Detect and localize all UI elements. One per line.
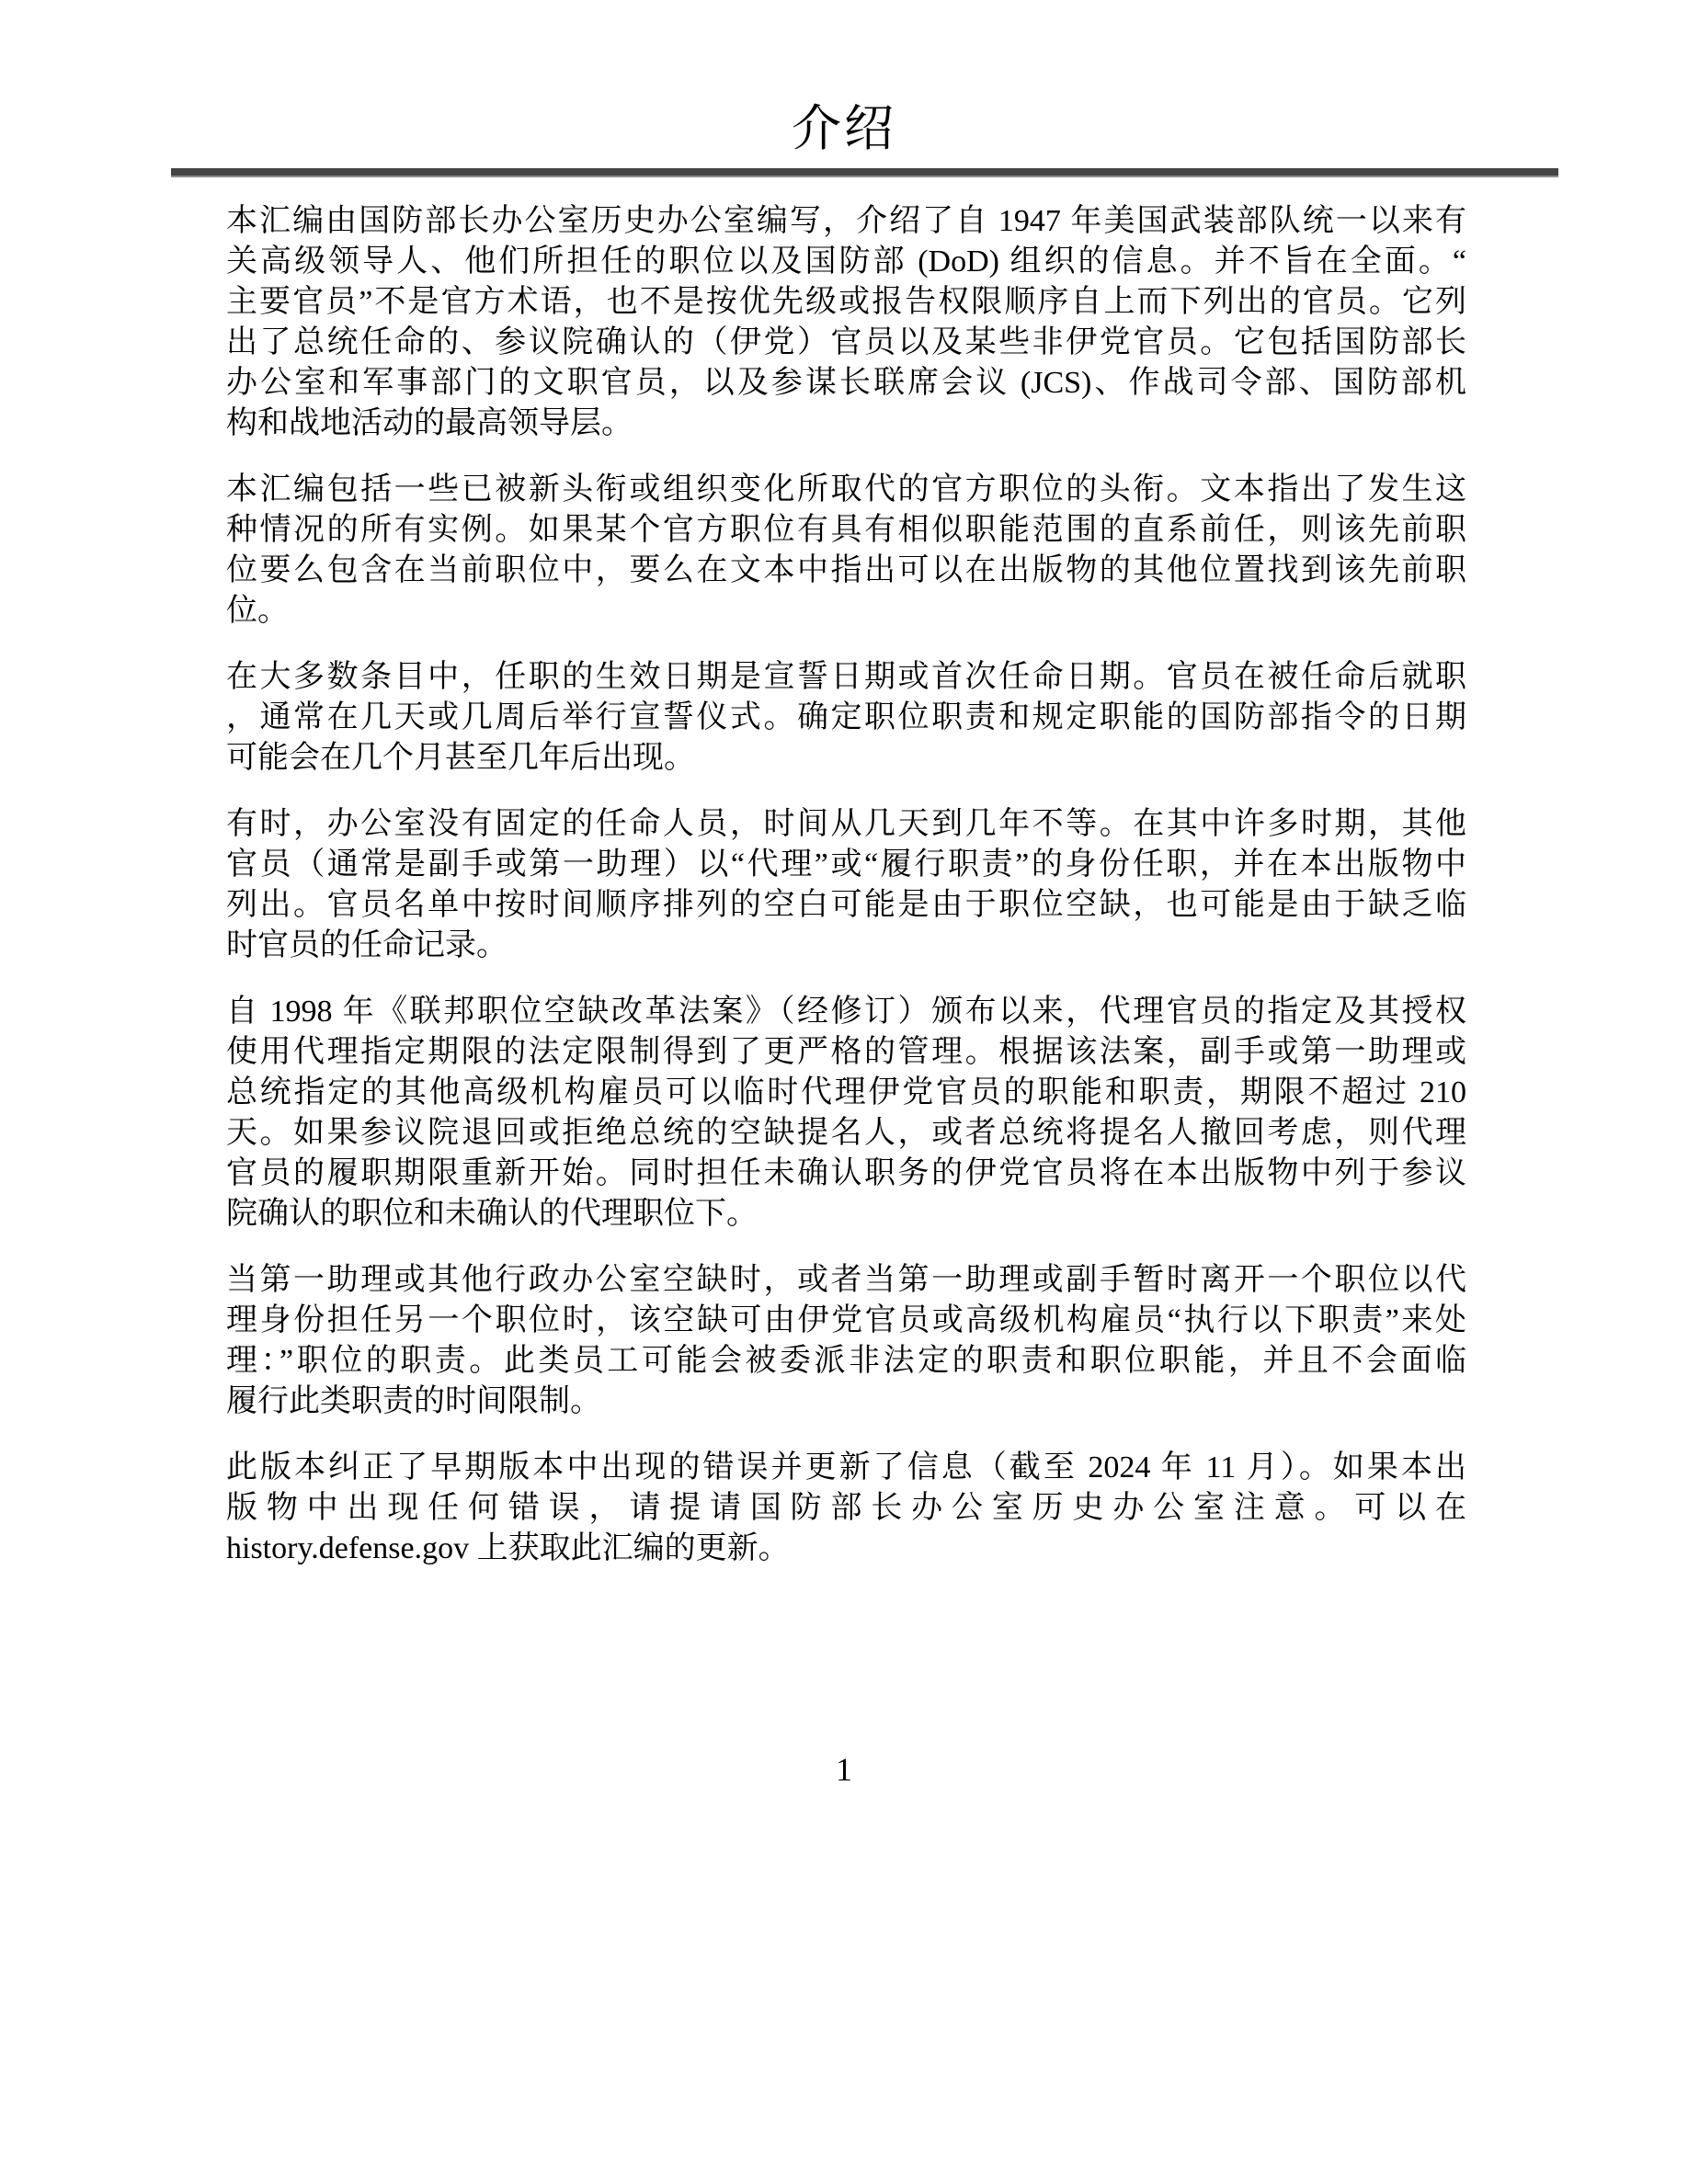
paragraph: 在大多数条目中，任职的生效日期是宣誓日期或首次任命日期。官员在被任命后就职，通常… — [226, 657, 1466, 779]
paragraph-line: 构和战地活动的最高领导层。 — [226, 404, 1466, 444]
paragraph: 本汇编由国防部长办公室历史办公室编写，介绍了自 1947 年美国武装部队统一以来… — [226, 201, 1466, 444]
paragraph-line: 办公室和军事部门的文职官员，以及参谋长联席会议 (JCS)、作战司令部、国防部机 — [226, 363, 1466, 404]
paragraph-line: 列出。官员名单中按时间顺序排列的空白可能是由于职位空缺，也可能是由于缺乏临 — [226, 885, 1466, 926]
paragraph: 自 1998 年《联邦职位空缺改革法案》（经修订）颁布以来，代理官员的指定及其授… — [226, 992, 1466, 1234]
document-page: 介绍 本汇编由国防部长办公室历史办公室编写，介绍了自 1947 年美国武装部队统… — [0, 0, 1688, 2184]
paragraph-line: 履行此类职责的时间限制。 — [226, 1382, 1466, 1422]
paragraph: 有时，办公室没有固定的任命人员，时间从几天到几年不等。在其中许多时期，其他官员（… — [226, 804, 1466, 966]
paragraph-line: 在大多数条目中，任职的生效日期是宣誓日期或首次任命日期。官员在被任命后就职 — [226, 657, 1466, 698]
paragraph-line: 理身份担任另一个职位时，该空缺可由伊党官员或高级机构雇员“执行以下职责”来处 — [226, 1301, 1466, 1341]
paragraph-line: 本汇编包括一些已被新头衔或组织变化所取代的官方职位的头衔。文本指出了发生这 — [226, 470, 1466, 510]
title-divider — [171, 168, 1558, 177]
paragraph-line: 出了总统任命的、参议院确认的（伊党）官员以及某些非伊党官员。它包括国防部长 — [226, 323, 1466, 363]
paragraph-line: 可能会在几个月甚至几年后出现。 — [226, 738, 1466, 779]
paragraph: 当第一助理或其他行政办公室空缺时，或者当第一助理或副手暂时离开一个职位以代理身份… — [226, 1260, 1466, 1422]
paragraph-line: 本汇编由国防部长办公室历史办公室编写，介绍了自 1947 年美国武装部队统一以来… — [226, 201, 1466, 242]
paragraph-line: 官员的履职期限重新开始。同时担任未确认职务的伊党官员将在本出版物中列于参议 — [226, 1154, 1466, 1194]
document-body: 本汇编由国防部长办公室历史办公室编写，介绍了自 1947 年美国武装部队统一以来… — [226, 201, 1466, 1595]
paragraph-line: 种情况的所有实例。如果某个官方职位有具有相似职能范围的直系前任，则该先前职 — [226, 510, 1466, 551]
paragraph-line: 自 1998 年《联邦职位空缺改革法案》（经修订）颁布以来，代理官员的指定及其授… — [226, 992, 1466, 1032]
paragraph-line: 主要官员”不是官方术语，也不是按优先级或报告权限顺序自上而下列出的官员。它列 — [226, 282, 1466, 323]
paragraph: 此版本纠正了早期版本中出现的错误并更新了信息（截至 2024 年 11 月）。如… — [226, 1448, 1466, 1569]
paragraph-line: 时官员的任命记录。 — [226, 926, 1466, 966]
paragraph-line: 院确认的职位和未确认的代理职位下。 — [226, 1194, 1466, 1234]
page-number: 1 — [0, 1749, 1688, 1790]
page-title: 介绍 — [0, 101, 1688, 156]
paragraph-line: 理：”职位的职责。此类员工可能会被委派非法定的职责和职位职能，并且不会面临 — [226, 1341, 1466, 1382]
paragraph-line: 位要么包含在当前职位中，要么在文本中指出可以在出版物的其他位置找到该先前职 — [226, 551, 1466, 591]
paragraph-line: 此版本纠正了早期版本中出现的错误并更新了信息（截至 2024 年 11 月）。如… — [226, 1448, 1466, 1488]
paragraph-line: 位。 — [226, 591, 1466, 631]
paragraph-line: 官员（通常是副手或第一助理）以“代理”或“履行职责”的身份任职，并在本出版物中 — [226, 845, 1466, 885]
paragraph-line: ，通常在几天或几周后举行宣誓仪式。确定职位职责和规定职能的国防部指令的日期 — [226, 698, 1466, 738]
paragraph-line: 当第一助理或其他行政办公室空缺时，或者当第一助理或副手暂时离开一个职位以代 — [226, 1260, 1466, 1301]
paragraph-line: 有时，办公室没有固定的任命人员，时间从几天到几年不等。在其中许多时期，其他 — [226, 804, 1466, 845]
paragraph-line: history.defense.gov 上获取此汇编的更新。 — [226, 1529, 1466, 1569]
paragraph-line: 关高级领导人、他们所担任的职位以及国防部 (DoD) 组织的信息。并不旨在全面。… — [226, 242, 1466, 282]
paragraph-line: 使用代理指定期限的法定限制得到了更严格的管理。根据该法案，副手或第一助理或 — [226, 1032, 1466, 1073]
paragraph-line: 总统指定的其他高级机构雇员可以临时代理伊党官员的职能和职责，期限不超过 210 — [226, 1073, 1466, 1113]
paragraph-line: 版物中出现任何错误，请提请国防部长办公室历史办公室注意。可以在 — [226, 1488, 1466, 1529]
paragraph-line: 天。如果参议院退回或拒绝总统的空缺提名人，或者总统将提名人撤回考虑，则代理 — [226, 1113, 1466, 1154]
paragraph: 本汇编包括一些已被新头衔或组织变化所取代的官方职位的头衔。文本指出了发生这种情况… — [226, 470, 1466, 631]
